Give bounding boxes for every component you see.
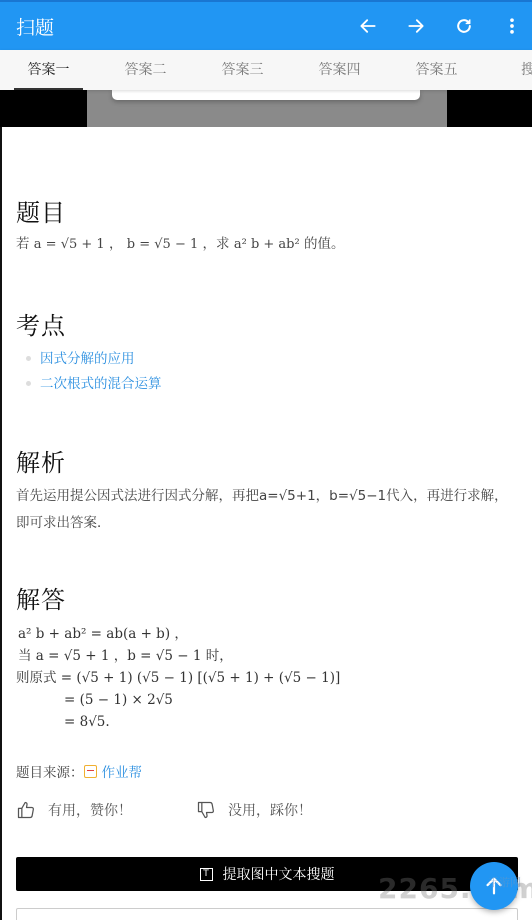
useless-label: 没用，踩你！	[228, 800, 312, 820]
tab-answer-2[interactable]: 答案二	[97, 50, 194, 90]
tab-answer-3[interactable]: 答案三	[194, 50, 291, 90]
analysis-heading: 解析	[16, 443, 66, 478]
question-image-preview	[0, 90, 532, 127]
points-heading: 考点	[16, 306, 66, 341]
arrow-right-icon	[406, 16, 426, 36]
answer-step: 当 a = √5 + 1 ，b = √5 − 1 时，	[18, 645, 340, 667]
answer-step: = (5 − 1) × 2√5	[18, 689, 340, 711]
useful-button[interactable]: 有用，赞你！	[16, 800, 132, 820]
answer-heading: 解答	[16, 580, 66, 615]
target-expression: a² b + ab²	[234, 237, 300, 252]
text-icon: T	[200, 868, 213, 881]
zuoyebang-icon	[84, 765, 97, 778]
answer-step: a² b + ab² = ab(a + b) ，	[18, 623, 340, 645]
back-button[interactable]	[356, 14, 380, 38]
point-item[interactable]: 因式分解的应用	[16, 346, 162, 371]
question-source: 题目来源： 作业帮	[16, 761, 142, 781]
app-title: 扫题	[16, 13, 344, 40]
tab-answer-5[interactable]: 答案五	[388, 50, 485, 90]
forward-button[interactable]	[404, 14, 428, 38]
left-edge-divider	[0, 127, 2, 920]
image-card	[112, 90, 420, 100]
point-link[interactable]: 二次根式的混合运算	[40, 376, 162, 392]
watermark-small: 手游网	[488, 874, 521, 890]
more-button[interactable]	[500, 14, 524, 38]
a-equation: a = √5 + 1	[34, 237, 105, 252]
tab-answer-1[interactable]: 答案一	[0, 50, 97, 90]
thumbs-up-icon	[16, 800, 36, 820]
source-link[interactable]: 作业帮	[102, 761, 143, 781]
b-equation: b = √5 − 1	[127, 237, 198, 252]
answer-steps: a² b + ab² = ab(a + b) ， 当 a = √5 + 1 ，b…	[18, 623, 340, 733]
answer-step: = 8√5.	[18, 711, 340, 733]
extract-label: 提取图中文本搜题	[223, 864, 335, 884]
app-bar: 扫题	[0, 0, 532, 50]
point-link[interactable]: 因式分解的应用	[40, 351, 135, 367]
points-list: 因式分解的应用 二次根式的混合运算	[16, 346, 162, 396]
useful-label: 有用，赞你！	[48, 800, 132, 820]
more-vert-icon	[502, 16, 522, 36]
appbar-actions	[344, 14, 532, 38]
refresh-icon	[454, 16, 474, 36]
arrow-left-icon	[358, 16, 378, 36]
question-heading: 题目	[16, 193, 66, 228]
tab-search[interactable]: 搜	[485, 50, 532, 90]
analysis-text: 首先运用提公因式法进行因式分解，再把a=√5+1，b=√5−1代入，再进行求解，…	[16, 483, 518, 537]
source-label: 题目来源：	[16, 761, 84, 781]
thumbs-down-icon	[196, 800, 216, 820]
question-text: 若 a = √5 + 1 ， b = √5 − 1 ，求 a² b + ab² …	[16, 231, 345, 258]
bottom-text-field[interactable]	[16, 908, 518, 920]
answer-tabs: 答案一 答案二 答案三 答案四 答案五 搜	[0, 50, 532, 90]
answer-step: 则原式 = (√5 + 1) (√5 − 1) [(√5 + 1) + (√5 …	[16, 667, 340, 689]
point-item[interactable]: 二次根式的混合运算	[16, 371, 162, 396]
tab-answer-4[interactable]: 答案四	[291, 50, 388, 90]
refresh-button[interactable]	[452, 14, 476, 38]
feedback-row: 有用，赞你！ 没用，踩你！	[16, 800, 516, 820]
useless-button[interactable]: 没用，踩你！	[196, 800, 312, 820]
